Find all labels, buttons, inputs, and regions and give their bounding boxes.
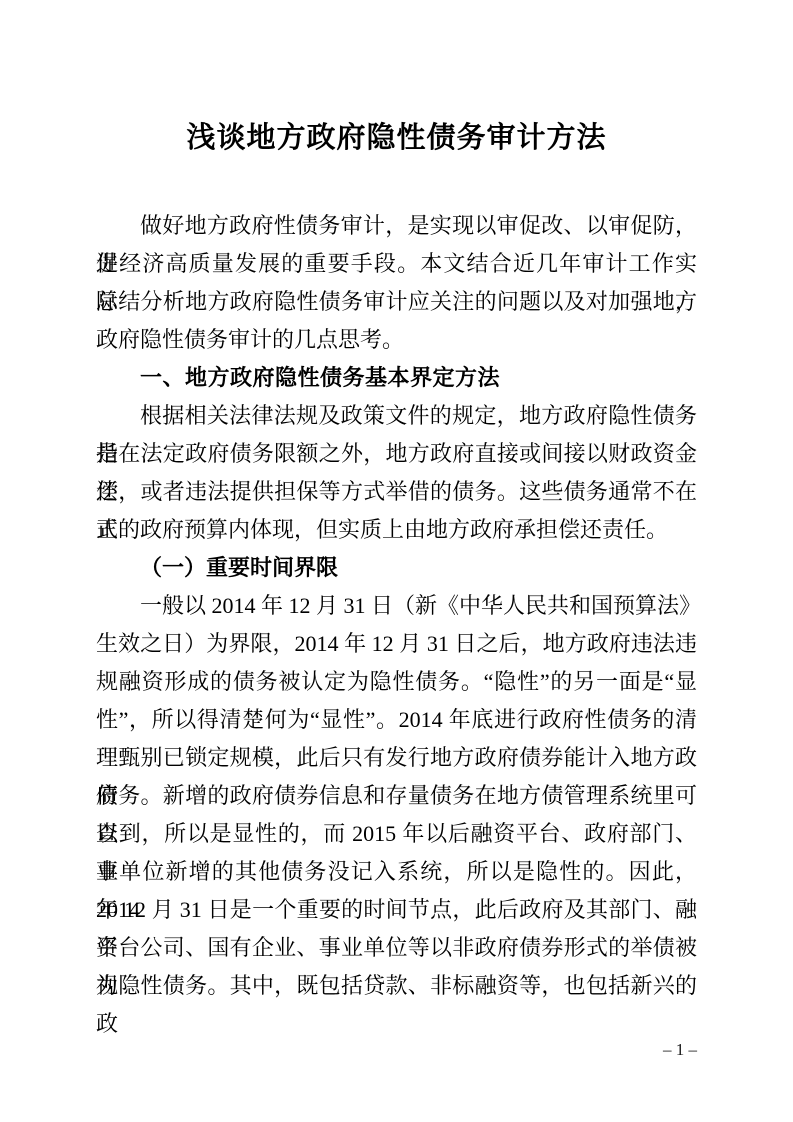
paragraph-line: 债务。新增的政府债券信息和存量债务在地方债管理系统里可以: [96, 777, 697, 815]
paragraph-line: 为隐性债务。其中，既包括贷款、非标融资等，也包括新兴的政: [96, 967, 697, 1005]
paragraph-line: 理甄别已锁定规模，此后只有发行地方政府债券能计入地方政府: [96, 739, 697, 777]
paragraph-line: 生效之日）为界限，2014 年 12 月 31 日之后，地方政府违法违: [96, 625, 697, 663]
paragraph-line: 政府隐性债务审计的几点思考。: [96, 321, 697, 359]
document-body: 做好地方政府性债务审计，是实现以审促改、以审促防，促进经济高质量发展的重要手段。…: [96, 207, 697, 1005]
paragraph: 一般以 2014 年 12 月 31 日（新《中华人民共和国预算法》生效之日）为…: [96, 587, 697, 1005]
paragraph: 根据相关法律法规及政策文件的规定，地方政府隐性债务是指在法定政府债务限额之外，地…: [96, 397, 697, 549]
paragraph-line: 规融资形成的债务被认定为隐性债务。“隐性”的另一面是“显: [96, 663, 697, 701]
paragraph-line: 进经济高质量发展的重要手段。本文结合近几年审计工作实际，: [96, 245, 697, 283]
paragraph: 做好地方政府性债务审计，是实现以审促改、以审促防，促进经济高质量发展的重要手段。…: [96, 207, 697, 359]
paragraph-line: 平台公司、国有企业、事业单位等以非政府债券形式的举债被视: [96, 929, 697, 967]
paragraph-line: 还，或者违法提供担保等方式举借的债务。这些债务通常不在正: [96, 473, 697, 511]
paragraph-line: 总结分析地方政府隐性债务审计应关注的问题以及对加强地方: [96, 283, 697, 321]
page-footer: – 1 –: [663, 1040, 697, 1060]
subsection-heading: （一）重要时间界限: [96, 549, 697, 587]
document-title: 浅谈地方政府隐性债务审计方法: [96, 118, 697, 158]
paragraph-line: 一般以 2014 年 12 月 31 日（新《中华人民共和国预算法》: [96, 587, 697, 625]
paragraph-line: 式的政府预算内体现，但实质上由地方政府承担偿还责任。: [96, 511, 697, 549]
paragraph-line: 根据相关法律法规及政策文件的规定，地方政府隐性债务是: [96, 397, 697, 435]
paragraph-line: 年 12 月 31 日是一个重要的时间节点，此后政府及其部门、融资: [96, 891, 697, 929]
paragraph-line: 查到，所以是显性的，而 2015 年以后融资平台、政府部门、事: [96, 815, 697, 853]
page-number: – 1 –: [663, 1040, 697, 1059]
paragraph-line: 指在法定政府债务限额之外，地方政府直接或间接以财政资金偿: [96, 435, 697, 473]
paragraph-line: 业单位新增的其他债务没记入系统，所以是隐性的。因此，2014: [96, 853, 697, 891]
document-page: 浅谈地方政府隐性债务审计方法 做好地方政府性债务审计，是实现以审促改、以审促防，…: [0, 0, 793, 1122]
paragraph-line: 做好地方政府性债务审计，是实现以审促改、以审促防，促: [96, 207, 697, 245]
section-heading: 一、地方政府隐性债务基本界定方法: [96, 359, 697, 397]
paragraph-line: 性”，所以得清楚何为“显性”。2014 年底进行政府性债务的清: [96, 701, 697, 739]
